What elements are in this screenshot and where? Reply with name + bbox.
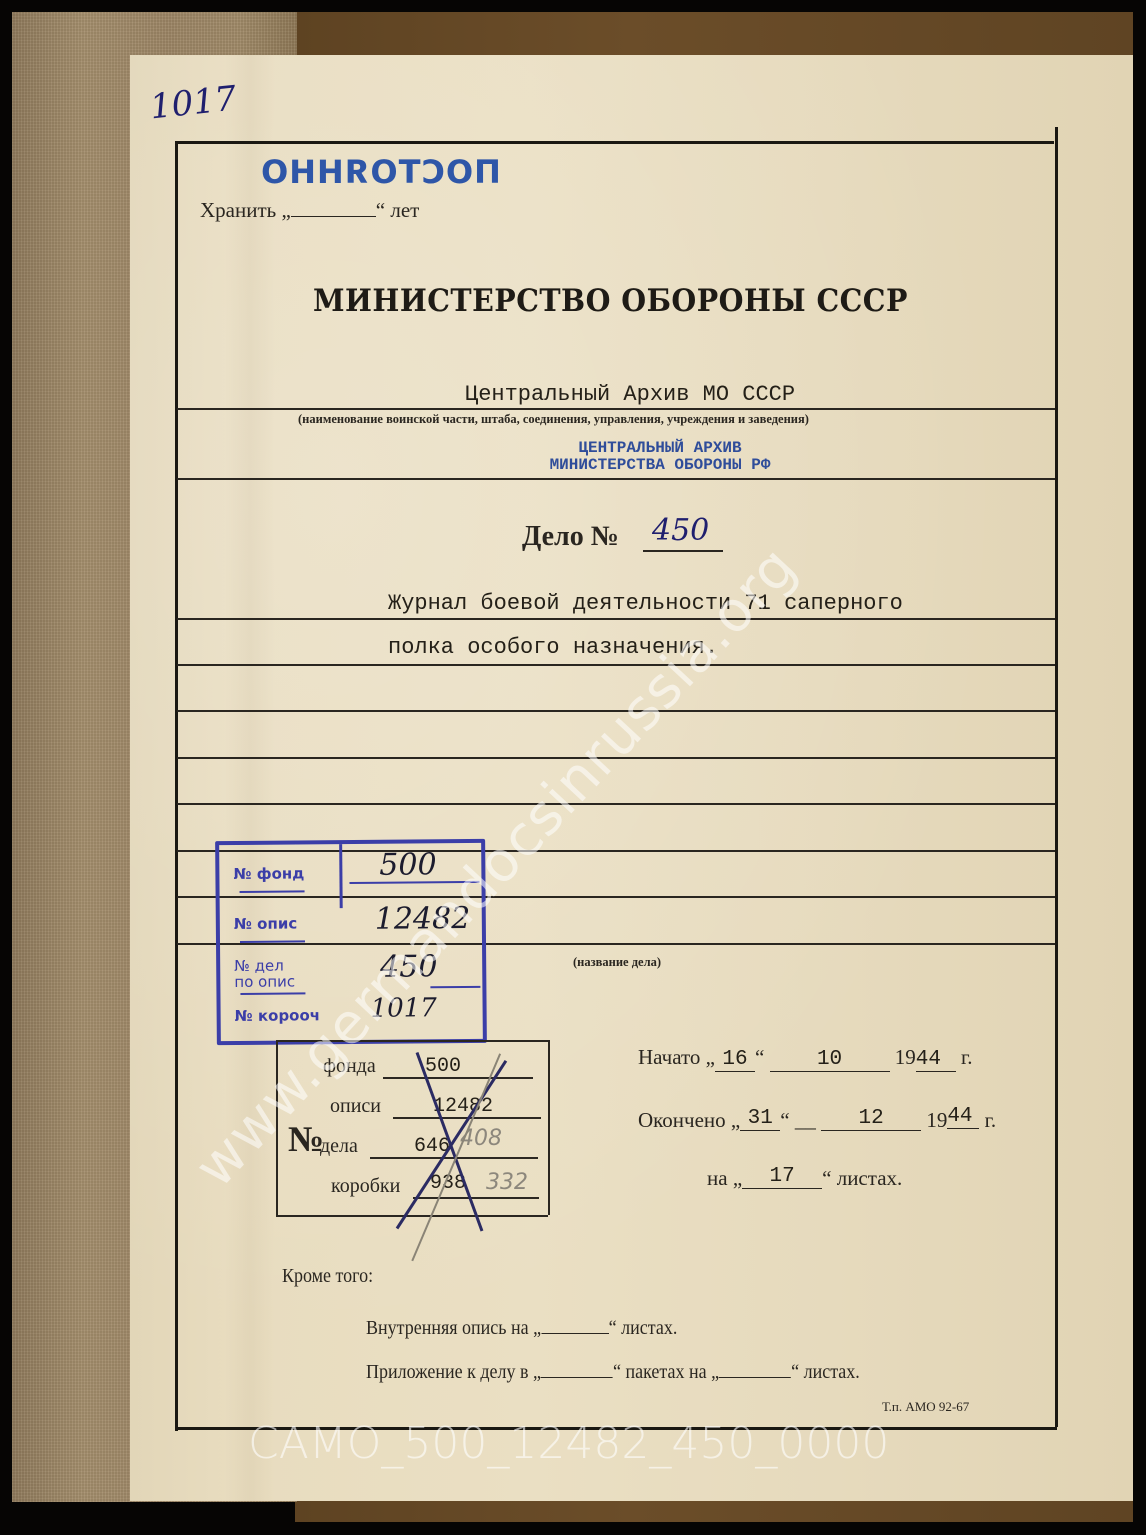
inventory-line: Внутренняя опись на „“ листах.	[366, 1317, 677, 1340]
old-value-opis: 12482	[433, 1095, 493, 1118]
frame-top	[177, 141, 1054, 144]
stamp-label-po-opisi: по опис	[234, 972, 295, 991]
stamp-divider-v	[339, 844, 343, 908]
stamp-divider-h1	[240, 890, 305, 893]
stamp-divider-h2	[240, 940, 305, 943]
started-day: 16	[715, 1048, 755, 1072]
frame-left	[175, 141, 178, 1431]
stamp-label-opis: № опис	[234, 914, 297, 933]
started-line: Начато „16“ 10 1944 г.	[638, 1045, 973, 1072]
started-year: 44	[916, 1048, 956, 1072]
started-month: 10	[770, 1048, 890, 1072]
sheets-line: на „17“ листах.	[707, 1165, 902, 1191]
stamp-label-fond: № фонд	[233, 864, 304, 883]
ministry-title: МИНИСТЕРСТВО ОБОРОНЫ СССР	[313, 283, 908, 319]
inventory-sheets-field	[541, 1317, 609, 1334]
case-number-line	[643, 550, 723, 552]
case-number: 450	[652, 513, 709, 548]
frame-right	[1055, 127, 1058, 1427]
corner-number: 1017	[148, 79, 238, 128]
file-id-watermark: CAMO_500_12482_450_0000	[248, 1418, 889, 1469]
printer-mark: Т.п. АМО 92-67	[882, 1399, 969, 1415]
stamp-value-fond: 500	[379, 847, 437, 882]
stamp-divider-h3	[240, 992, 305, 995]
stamp-divider-h3b	[430, 986, 480, 988]
old-correction-korobka: 332	[486, 1170, 528, 1195]
ended-day: 31	[740, 1107, 780, 1131]
storage-stamp: ПОСТОЯННО	[260, 153, 501, 191]
case-title-line1: Журнал боевой деятельности 71 саперного	[388, 591, 903, 616]
appendix-sheets-field	[719, 1361, 791, 1378]
unit-name: Центральный Архив МО СССР	[465, 382, 795, 407]
keep-years-field	[291, 198, 376, 217]
cover-sheet: 1017 ПОСТОЯННО Хранить „“ лет МИНИСТЕРСТ…	[130, 55, 1133, 1501]
unit-caption: (наименование воинской части, штаба, сое…	[298, 412, 809, 427]
appendix-line: Приложение к делу в „“ пакетах на „“ лис…	[366, 1361, 860, 1384]
unit-name-line	[177, 408, 1055, 410]
case-label: Дело №	[522, 521, 619, 553]
keep-years-line: Хранить „“ лет	[200, 198, 419, 223]
ended-line: Окончено „31“ __ 12 1944 г.	[638, 1105, 996, 1133]
old-registry-bottom	[276, 1215, 548, 1217]
old-label-korobka: коробки	[331, 1175, 400, 1198]
sheets-count: 17	[742, 1165, 822, 1189]
appendix-packets-field	[541, 1361, 613, 1378]
old-value-fond: 500	[425, 1055, 461, 1078]
besides-label: Кроме того:	[282, 1265, 373, 1288]
old-label-delo: дела	[320, 1135, 358, 1158]
case-title-caption: (название дела)	[573, 955, 661, 970]
old-label-opis: описи	[330, 1095, 381, 1118]
ended-year: 44	[947, 1105, 979, 1129]
old-korobka-line	[413, 1197, 539, 1199]
title-line-2	[177, 664, 1055, 666]
ended-month: 12	[821, 1107, 921, 1131]
title-line-5	[177, 803, 1055, 805]
archive-line	[177, 478, 1055, 480]
title-line-1	[177, 618, 1055, 620]
archive-stamp: ЦЕНТРАЛЬНЫЙ АРХИВ МИНИСТЕРСТВА ОБОРОНЫ Р…	[525, 440, 795, 474]
